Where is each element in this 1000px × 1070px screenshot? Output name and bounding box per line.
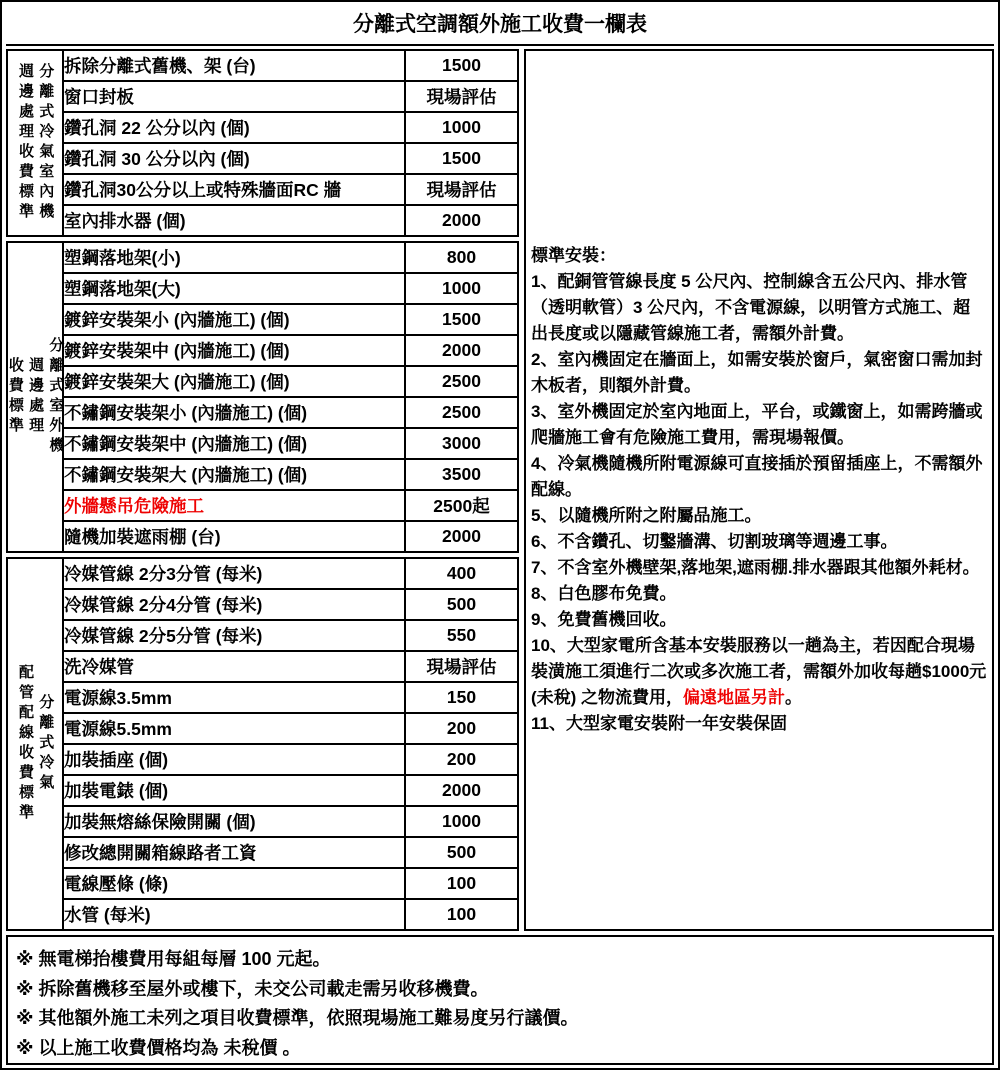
fee-item-label: 冷媒管線 2分4分管 (每米) [63,589,405,620]
standard-install-notes-panel: 標準安裝： 1、配銅管管線長度 5 公尺內、控制線含五公尺內、排水管（透明軟管）… [524,49,994,931]
fee-item-price: 400 [405,558,518,589]
table-row: 外牆懸吊危險施工2500起 [7,490,518,521]
table-row: 電線壓條 (條)100 [7,868,518,899]
fee-item-label: 修改總開關箱線路者工資 [63,837,405,868]
note-line: 1、配銅管管線長度 5 公尺內、控制線含五公尺內、排水管（透明軟管）3 公尺內，… [531,269,987,347]
fee-item-label: 加裝插座 (個) [63,744,405,775]
table-row: 室內排水器 (個)2000 [7,205,518,236]
fee-item-price: 1000 [405,112,518,143]
footer-notes: ※ 無電梯抬樓費用每組每層 100 元起。 ※ 拆除舊機移至屋外或樓下，未交公司… [6,935,994,1065]
fee-item-price: 2500起 [405,490,518,521]
indoor-unit-fee-table: 分離式冷氣室內機 週邊處理收費標準 拆除分離式舊機、架 (台) 1500 窗口封… [6,49,519,237]
table-row: 加裝無熔絲保險開關 (個)1000 [7,806,518,837]
fee-item-label: 電線壓條 (條) [63,868,405,899]
table-row: 水管 (每米)100 [7,899,518,930]
fee-item-price: 2000 [405,205,518,236]
fee-item-label: 不鏽鋼安裝架大 (內牆施工) (個) [63,459,405,490]
fee-item-label: 室內排水器 (個) [63,205,405,236]
fee-item-label: 加裝電錶 (個) [63,775,405,806]
fee-item-label-danger: 外牆懸吊危險施工 [63,490,405,521]
outdoor-unit-fee-table: 分離式室外機 週邊處理 收費標準 塑鋼落地架(小) 800 塑鋼落地架(大)10… [6,241,519,553]
fee-item-price: 500 [405,589,518,620]
footer-note-line: ※ 以上施工收費價格均為 未稅價 。 [16,1034,984,1064]
table-row: 不鏽鋼安裝架中 (內牆施工) (個)3000 [7,428,518,459]
note-line: 6、不含鑽孔、切鑿牆溝、切割玻璃等週邊工事。 [531,529,987,555]
table-row: 分離式冷氣室內機 週邊處理收費標準 拆除分離式舊機、架 (台) 1500 [7,50,518,81]
footer-note-line: ※ 其他額外施工未列之項目收費標準，依照現場施工難易度另行議價。 [16,1004,984,1034]
fee-item-label: 鍍鋅安裝架中 (內牆施工) (個) [63,335,405,366]
fee-item-label: 鑽孔洞 22 公分以內 (個) [63,112,405,143]
fee-item-price: 現場評估 [405,174,518,205]
note-line: 2、室內機固定在牆面上，如需安裝於窗戶，氣密窗口需加封木板者，則額外計費。 [531,347,987,399]
table-row: 分離式室外機 週邊處理 收費標準 塑鋼落地架(小) 800 [7,242,518,273]
fee-item-label: 塑鋼落地架(大) [63,273,405,304]
fee-item-price: 550 [405,620,518,651]
fee-tables-column: 分離式冷氣室內機 週邊處理收費標準 拆除分離式舊機、架 (台) 1500 窗口封… [6,49,519,931]
fee-item-price: 現場評估 [405,81,518,112]
table-row: 鍍鋅安裝架中 (內牆施工) (個)2000 [7,335,518,366]
remote-area-note-red-text: 偏遠地區另計 [683,688,785,707]
fee-item-price: 1000 [405,806,518,837]
fee-item-label: 鑽孔洞 30 公分以內 (個) [63,143,405,174]
content-area: 分離式冷氣室內機 週邊處理收費標準 拆除分離式舊機、架 (台) 1500 窗口封… [6,49,994,931]
fee-item-label: 電源線5.5mm [63,713,405,744]
fee-item-price: 2000 [405,521,518,552]
note-line: 7、不含室外機壁架,落地架,遮雨棚.排水器跟其他額外耗材。 [531,555,987,581]
note-line: 10、大型家電所含基本安裝服務以一趟為主，若因配合現場裝潢施工須進行二次或多次施… [531,633,987,711]
table-row: 不鏽鋼安裝架大 (內牆施工) (個)3500 [7,459,518,490]
fee-item-price: 1500 [405,304,518,335]
fee-item-price: 2500 [405,366,518,397]
table-row: 鍍鋅安裝架小 (內牆施工) (個)1500 [7,304,518,335]
table-row: 鍍鋅安裝架大 (內牆施工) (個)2500 [7,366,518,397]
fee-list-document: 分離式空調額外施工收費一欄表 分離式冷氣室內機 週邊處理收費標準 拆除分離式舊機… [0,0,1000,1070]
table-row: 分離式冷氣 配管配線收費標準 冷媒管線 2分3分管 (每米) 400 [7,558,518,589]
footer-note-line: ※ 拆除舊機移至屋外或樓下，未交公司載走需另收移機費。 [16,975,984,1005]
fee-item-price: 2000 [405,335,518,366]
note-line: 8、白色膠布免費。 [531,581,987,607]
fee-item-label: 加裝無熔絲保險開關 (個) [63,806,405,837]
fee-item-price: 3500 [405,459,518,490]
fee-item-price: 150 [405,682,518,713]
section-side-label: 分離式室外機 週邊處理 收費標準 [7,242,63,552]
table-row: 洗冷媒管現場評估 [7,651,518,682]
fee-item-price: 500 [405,837,518,868]
fee-item-label: 拆除分離式舊機、架 (台) [63,50,405,81]
table-row: 電源線5.5mm200 [7,713,518,744]
fee-item-price: 100 [405,899,518,930]
fee-item-label: 鍍鋅安裝架大 (內牆施工) (個) [63,366,405,397]
fee-item-price: 200 [405,713,518,744]
fee-item-price: 100 [405,868,518,899]
table-row: 加裝插座 (個)200 [7,744,518,775]
fee-item-label: 窗口封板 [63,81,405,112]
table-row: 不鏽鋼安裝架小 (內牆施工) (個)2500 [7,397,518,428]
table-row: 鑽孔洞 30 公分以內 (個)1500 [7,143,518,174]
table-row: 隨機加裝遮雨棚 (台)2000 [7,521,518,552]
fee-item-label: 冷媒管線 2分3分管 (每米) [63,558,405,589]
page-title: 分離式空調額外施工收費一欄表 [6,5,994,46]
fee-item-label: 洗冷媒管 [63,651,405,682]
fee-item-label: 鍍鋅安裝架小 (內牆施工) (個) [63,304,405,335]
table-row: 電源線3.5mm150 [7,682,518,713]
section-side-label: 分離式冷氣 配管配線收費標準 [7,558,63,930]
notes-heading: 標準安裝： [531,243,987,269]
fee-item-label: 隨機加裝遮雨棚 (台) [63,521,405,552]
table-row: 加裝電錶 (個)2000 [7,775,518,806]
table-row: 鑽孔洞30公分以上或特殊牆面RC 牆現場評估 [7,174,518,205]
section-side-label: 分離式冷氣室內機 週邊處理收費標準 [7,50,63,236]
fee-item-price: 1500 [405,50,518,81]
table-row: 冷媒管線 2分5分管 (每米)550 [7,620,518,651]
fee-item-price: 現場評估 [405,651,518,682]
fee-item-label: 電源線3.5mm [63,682,405,713]
fee-item-label: 冷媒管線 2分5分管 (每米) [63,620,405,651]
note-line: 11、大型家電安裝附一年安裝保固 [531,711,987,737]
fee-item-label: 不鏽鋼安裝架小 (內牆施工) (個) [63,397,405,428]
table-row: 鑽孔洞 22 公分以內 (個)1000 [7,112,518,143]
fee-item-label: 鑽孔洞30公分以上或特殊牆面RC 牆 [63,174,405,205]
fee-item-price: 200 [405,744,518,775]
fee-item-price: 2000 [405,775,518,806]
fee-item-label: 水管 (每米) [63,899,405,930]
piping-wiring-fee-table: 分離式冷氣 配管配線收費標準 冷媒管線 2分3分管 (每米) 400 冷媒管線 … [6,557,519,931]
fee-item-price: 3000 [405,428,518,459]
table-row: 塑鋼落地架(大)1000 [7,273,518,304]
fee-item-price: 1500 [405,143,518,174]
fee-item-price: 800 [405,242,518,273]
note-line: 5、以隨機所附之附屬品施工。 [531,503,987,529]
footer-note-line: ※ 無電梯抬樓費用每組每層 100 元起。 [16,945,984,975]
fee-item-label: 不鏽鋼安裝架中 (內牆施工) (個) [63,428,405,459]
table-row: 冷媒管線 2分4分管 (每米)500 [7,589,518,620]
table-row: 窗口封板現場評估 [7,81,518,112]
note-line: 9、免費舊機回收。 [531,607,987,633]
table-row: 修改總開關箱線路者工資500 [7,837,518,868]
note-line: 3、室外機固定於室內地面上，平台，或鐵窗上，如需跨牆或爬牆施工會有危險施工費用，… [531,399,987,451]
fee-item-price: 1000 [405,273,518,304]
fee-item-label: 塑鋼落地架(小) [63,242,405,273]
fee-item-price: 2500 [405,397,518,428]
note-line: 4、冷氣機隨機所附電源線可直接插於預留插座上，不需額外配線。 [531,451,987,503]
